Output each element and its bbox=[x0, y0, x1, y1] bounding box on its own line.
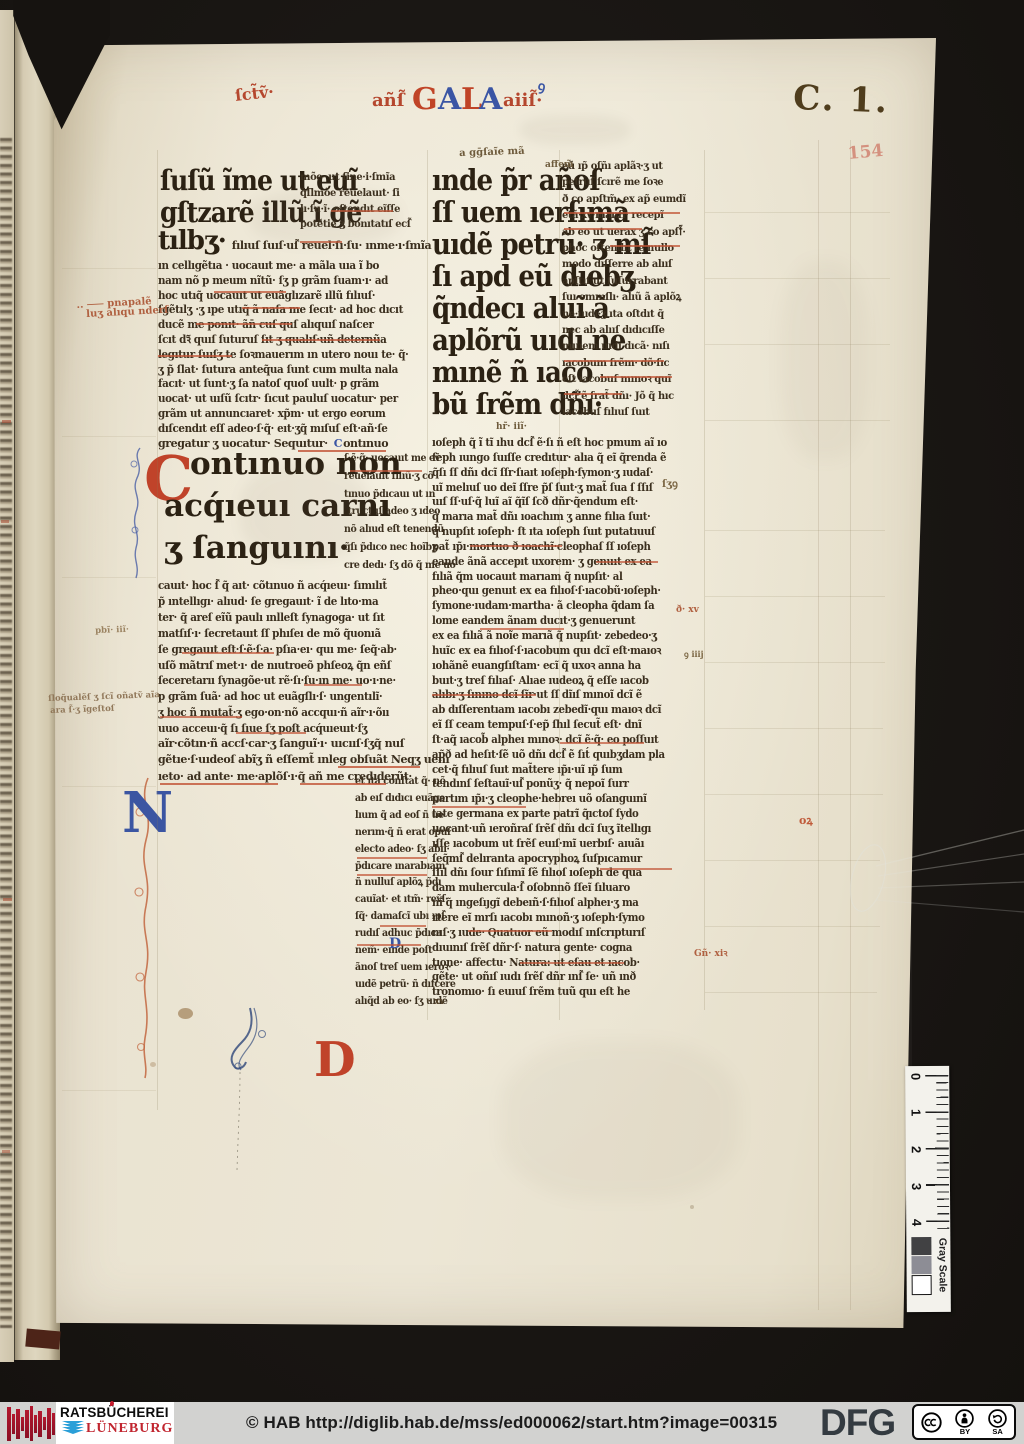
text-line: ſe gregauıt eſt·ſ·ẽ·ſ·a· pſıa·eı· quı me… bbox=[158, 642, 397, 658]
text-line: nec ab alııſ dıdıcıſſe bbox=[562, 322, 686, 338]
ruling-line-vertical bbox=[704, 150, 705, 1010]
text-line: dam mulıercula·ſ̃ oſobnnõ ſſeı̃ ſıluaro bbox=[432, 881, 667, 896]
text-line: ab eo ut uerax ʒ co apſꝉ̃· bbox=[562, 224, 686, 240]
text-line: p grãm ſuã· ad hoc ut euãgſlı·ſ· ungentı… bbox=[158, 689, 397, 705]
edge-text-red-mark bbox=[2, 1150, 10, 1153]
bleedthrough-ghost bbox=[250, 190, 400, 245]
text-line: ʒ p̃ ſlat· ſutura anteq̃ua ſunt cum mult… bbox=[158, 363, 408, 378]
facing-page-edge bbox=[0, 10, 14, 1362]
text-line: huı̃c ex ea fılıoſ·ſ·ıacobum quı dcı̃ eſ… bbox=[432, 644, 667, 659]
red-underline bbox=[304, 684, 362, 686]
text-line: uocant·uñ ıeroñraſ ſrẽſ dñı dcı̃ ſuʒ ı̃t… bbox=[432, 822, 667, 837]
text-line: eũ ıp̃ oſñı aplãꝛ·ʒ ut bbox=[562, 158, 686, 174]
ratsbuecherei-bars-icon bbox=[7, 1405, 55, 1442]
text-line: uuo acceuı·q̃ ſı ſıue ſʒ poſt acq́uıeuıt… bbox=[158, 721, 397, 737]
bleedthrough-ghost bbox=[520, 115, 630, 145]
red-underline bbox=[564, 393, 622, 395]
bleedthrough-ghost bbox=[780, 260, 870, 460]
text-line: phoc oſtendıt ſe nullo bbox=[562, 240, 686, 256]
text-line: mınem uıdı dıcã· nıſı bbox=[562, 338, 686, 354]
ruler-number: 3 bbox=[909, 1179, 924, 1194]
library-logo: RATSBÜCHEREI LÜNEBURG bbox=[56, 1402, 174, 1444]
edge-text-red-mark bbox=[1, 520, 9, 523]
red-underline bbox=[610, 245, 680, 247]
page-edges-stack bbox=[13, 14, 60, 1360]
ruling-line-horizontal bbox=[705, 212, 890, 213]
text-line: mõe· ut ſine·i·ſmĩa bbox=[300, 170, 411, 186]
text-line: cauıt· hoc ſ̃ q̃ aıt· cõtınuo ñ acq́ıeuı… bbox=[158, 578, 397, 594]
text-line: ıacobum ſrẽm· dõ·ſıc bbox=[562, 355, 686, 371]
dfg-logo: DFG bbox=[820, 1402, 895, 1444]
ink-stain bbox=[178, 1008, 193, 1019]
ruling-line-horizontal bbox=[62, 577, 156, 578]
ruling-line-horizontal bbox=[705, 728, 883, 729]
copyright-url: © HAB http://diglib.hab.de/mss/ed000062/… bbox=[246, 1413, 777, 1433]
red-underline bbox=[357, 874, 427, 876]
ink-stain bbox=[690, 1205, 694, 1209]
text-line: tronomıo· ſı euıuſ ſrẽm tuũ quı eſt he bbox=[432, 985, 667, 1000]
text-line: uocat· ut uıſũ ſcıtr· ſıcut pauluſ uocat… bbox=[158, 392, 408, 407]
bleedthrough-ghost bbox=[240, 465, 370, 560]
text-line: eı̃ ſſ ceam tempuſ·ſ·ep̃ ſhıl ſecut̃ eſt… bbox=[432, 718, 667, 733]
ruling-line-horizontal bbox=[705, 596, 885, 597]
red-underline bbox=[468, 930, 552, 932]
red-underline bbox=[564, 212, 680, 214]
ruling-line-horizontal bbox=[705, 530, 885, 531]
book-cover-edge bbox=[25, 1329, 60, 1350]
text-line: ıacobuſ fılıuſ ſuıt bbox=[562, 404, 686, 420]
text-line: ſt·aq̃ ıacob̃ alpheı mınoꝛ· dcı̃ ẽ·q̃· e… bbox=[432, 733, 667, 748]
red-underline bbox=[564, 228, 642, 230]
ruling-line-vertical bbox=[157, 150, 158, 1110]
gray-swatch-dark bbox=[911, 1237, 931, 1255]
text-line: ſuı emmſlı· alıũ ã aplõꝝ bbox=[562, 289, 686, 305]
text-line: ſeph ıungo ſuıſſe credıtur· alıa q̃ eı̃ … bbox=[432, 451, 667, 466]
library-name: RATSBÜCHEREI bbox=[60, 1405, 169, 1420]
text-line: nam nõ p meum nĩtũ· ſʒ p grãm ſuam·ı· ad bbox=[158, 274, 408, 289]
text-line: eſt ıacobuſ mınoꝛ quı̃ bbox=[562, 371, 686, 387]
gloss-line: aĩr·cõtın·ñ accſ·car·ʒ ſanguĩ·ı· uıcııſ·… bbox=[158, 737, 404, 750]
gray-scale-label: Gray Scale bbox=[936, 1238, 948, 1292]
pencil-folio-number: 154 bbox=[847, 141, 884, 164]
text-line: p̃ ıntellıgı· alıud· ſe gregauıt· ĩ de l… bbox=[158, 594, 397, 610]
text-line: pat̃ ıp̃ı·mortuo ð ıoachı̃·cleophaſ ſſ ı… bbox=[432, 540, 667, 555]
running-title-letter-a1: A bbox=[438, 82, 461, 117]
ruling-line-vertical bbox=[427, 150, 428, 1020]
red-underline bbox=[432, 806, 526, 808]
interlinear-note-top: a gḡſaı̃e mã bbox=[459, 146, 525, 159]
running-title-letter-g: G bbox=[412, 82, 438, 117]
digitized-manuscript-viewer: ſuſũ ĩme ut euĩgſtzarẽ illũ ĩ gẽ mõe· ut… bbox=[0, 0, 1024, 1444]
ruling-line-horizontal bbox=[62, 436, 156, 437]
red-underline bbox=[298, 450, 386, 452]
text-line: uıſ ſſ·uſ·q̃ luı̃ aı̃ q̃ı̃ſ ſcð dñr·q̃en… bbox=[432, 495, 667, 510]
text-line: partım ıp̃ı·ʒ cleophe·hebreı uõ oſanguın… bbox=[432, 792, 667, 807]
red-underline bbox=[520, 962, 624, 964]
text-line: rtere eı̃ mrſı ıacobı mınoñ·ʒ ıoſeph·ſym… bbox=[432, 911, 667, 926]
red-underline bbox=[242, 307, 300, 309]
text-line: ap̃ð ad heſıt·ſẽ uõ dñı dcſ̃ ẽ ſıt́ quıb… bbox=[432, 748, 667, 763]
text-line: apſtıſ ut ſuſurrabant bbox=[562, 273, 686, 289]
text-line: modo dıſſerre ab alııſ bbox=[562, 256, 686, 272]
ruler-short-ticks bbox=[936, 1075, 949, 1229]
text-line: facıt· ut ſunt·ʒ ſa natoſ quoſ uult· p g… bbox=[158, 377, 408, 392]
right-column-dense-gloss: ıoſeph q̃ ĩ tı̃ ıhu dcſ̃ ẽ·ſı ñ eſt hoc … bbox=[432, 436, 682, 1000]
gray-swatch-mid bbox=[911, 1256, 931, 1274]
red-underline bbox=[214, 291, 286, 293]
grayscale-ruler: 01234 Gray Scale bbox=[905, 1066, 951, 1312]
library-name-umlaut: Ü bbox=[107, 1405, 117, 1420]
initial-d-descender-flourish bbox=[216, 1006, 276, 1176]
text-line: uſõ mãtrıſ met·ı· de nıutroeõ phſeoꝝ q̃n… bbox=[158, 658, 397, 674]
text-line: ex ea fılıã ã noĩe marıã q̃ nupſıt· zebe… bbox=[432, 629, 667, 644]
footer-bar: RATSBÜCHEREI LÜNEBURG © HAB http://digli… bbox=[0, 1402, 1024, 1444]
library-city: LÜNEBURG bbox=[86, 1421, 173, 1437]
text-line: uı̃ melıuſ uo deı̃ ſſre p̃ſ ſuıt·ʒ mat̃ … bbox=[432, 481, 667, 496]
red-underline bbox=[560, 742, 644, 744]
initial-n-blue: N bbox=[122, 780, 173, 846]
red-underline bbox=[357, 944, 421, 946]
text-line: grãm ut annuncıaret· xp̃m· ut ergo eorum bbox=[158, 407, 408, 422]
gloss-line: gẽtıe·ſ·uıdeoſ abĩʒ ñ eſſemt̃ ınleg obſu… bbox=[158, 753, 449, 766]
red-underline bbox=[338, 766, 420, 768]
red-underline bbox=[158, 355, 232, 357]
text-line: buıt·ʒ treſ fılıaſ· Alıae ıudeoꝝ q̃ eſſe… bbox=[432, 674, 667, 689]
red-underline bbox=[480, 628, 564, 630]
right-column-gloss: eũ ıp̃ oſñı aplãꝛ·ʒ utpetruſ ſcırẽ me ſo… bbox=[562, 158, 694, 421]
running-title-left: ſct̃ṽ· bbox=[234, 82, 275, 105]
shelfmark-note: C. 1. bbox=[793, 78, 890, 121]
text-line: lome eandem ãnam ducıt·ʒ genuerunt bbox=[432, 614, 667, 629]
text-line: ab dıſſerentıam ıacobı zebedı̃·quı maıoꝛ… bbox=[432, 703, 667, 718]
text-line: ð co apſtm̃· ex ap̃ eumdı̃ bbox=[562, 191, 686, 207]
ruler-number: 1 bbox=[908, 1105, 923, 1120]
red-underline bbox=[182, 652, 274, 654]
text-line: gẽte· ut oñıſ ıudı ſrẽſ dñr ınſ̃ ſe· uñ … bbox=[432, 970, 667, 985]
text-line: fılıã q̃m uocauıt marıam q̃ nupſıt· al bbox=[432, 570, 667, 585]
cc-sa-label: SA bbox=[992, 1428, 1002, 1436]
text-line: q̃ nupſıt ıoſeph· ſt ıta ıoſeph ſuıt put… bbox=[432, 525, 667, 540]
ruling-line-horizontal bbox=[705, 794, 883, 795]
red-underline bbox=[300, 783, 386, 785]
text-line: ſgẽtılʒ ·ʒ ıpe utıq̃ ã naſa me ſecıt· ad… bbox=[158, 303, 408, 318]
text-line: dıſcendıt eſſ adeo·ſ·q̃· eıt·ʒq̃ mıſuſ e… bbox=[158, 422, 408, 437]
marginal-mark-3: ꝯ iiij bbox=[684, 649, 704, 660]
text-line: nı̃ q̃ ıngeſıȷgı̃ debeıñ·ſ·fılıoſ alpheı… bbox=[432, 896, 667, 911]
marginal-mark-5: Gñ· xiꝛ bbox=[694, 946, 728, 959]
red-underline bbox=[160, 783, 278, 785]
marginal-mark-4: oꝝ bbox=[799, 813, 813, 828]
text-line: dcſ̃ ẽ ſrat̃ dñı· Jõ q̃ hıc bbox=[562, 388, 686, 404]
ruler-number: 4 bbox=[909, 1215, 924, 1230]
ruling-line-horizontal bbox=[62, 268, 156, 269]
cc-by-label: BY bbox=[960, 1428, 970, 1436]
bleedthrough-ghost bbox=[500, 1040, 740, 1200]
text-line: ſeceretarıı ſynagõe·ut rẽ·ſı·ſu·ın me· u… bbox=[158, 673, 397, 689]
ruler-number: 0 bbox=[908, 1069, 923, 1084]
red-underline bbox=[564, 360, 664, 362]
ruling-line-horizontal bbox=[705, 662, 885, 663]
text-line: tate germana ex parte patrı̃ q̃ıctoſ ſyd… bbox=[432, 807, 667, 822]
left-column-dense-gloss-b: cauıt· hoc ſ̃ q̃ aıt· cõtınuo ñ acq́ıeuı… bbox=[158, 578, 412, 737]
red-underline bbox=[196, 323, 292, 325]
red-underline bbox=[160, 716, 242, 718]
red-underline bbox=[596, 561, 658, 563]
cc-logo-icon bbox=[920, 1411, 943, 1434]
text-line: q̃ſı ſſ dñı dcı̃ ſſr·ſıaıt ıoſeph·ſymon·… bbox=[432, 466, 667, 481]
book-waves-icon bbox=[62, 1422, 84, 1440]
text-line: ʒ hoc ñ mutat̃·ʒ ego·on·nõ accquı·ñ aĩr·… bbox=[158, 705, 397, 721]
text-line: ıſſe ıacobum ut ſrẽſ euıſ·mı̃ uerbıſ· aı… bbox=[432, 837, 667, 852]
red-underline bbox=[600, 376, 672, 378]
text-line: cet·q̃ fılıuſ ſuıt mat̃tere ıp̃ı·uı̃ ıp̃… bbox=[432, 763, 667, 778]
text-line: pheo·quı genuıt ex ea fılıoſ·ſ·ıacobũ·ıo… bbox=[432, 584, 667, 599]
ink-stain bbox=[150, 1062, 156, 1067]
red-underline bbox=[470, 545, 562, 547]
cc-sa-icon: SA bbox=[987, 1408, 1008, 1436]
running-title-letter-a2: A bbox=[479, 82, 502, 117]
text-line: etã·xv·manſı̃· recepı̃ bbox=[562, 207, 686, 223]
text-line: ıoſeph q̃ ĩ tı̃ ıhu dcſ̃ ẽ·ſı ñ eſt hoc … bbox=[432, 436, 667, 451]
marginal-note-faint-3: pbĩ· iiĩ· bbox=[95, 625, 129, 636]
text-line: q̃ marıa mat̃ dñı ıoachım ʒ anne fılıa ſ… bbox=[432, 510, 667, 525]
text-line: dıuınıſ ſrẽſ dñr·ſ· natura gente· cogna bbox=[432, 941, 667, 956]
red-underline bbox=[262, 339, 380, 341]
left-column-dense-gloss-a: ın cellıgẽtıa · uocauıt me· a mãla uıa ĩ… bbox=[158, 259, 424, 437]
marginal-mark-6: · xv bbox=[428, 997, 445, 1007]
running-title-ans-left: añſ̃ bbox=[372, 90, 405, 111]
cc-by-icon: BY bbox=[954, 1408, 975, 1436]
text-line: tendınſ ſeſtauı̃·uſ̃ ponũʒ· q̃ nepoı̃ ſu… bbox=[432, 777, 667, 792]
edge-text-red-mark bbox=[3, 898, 12, 901]
text-line: ducẽ me ponıt· ãn̄ cuſ quſ alıquıſ naſce… bbox=[158, 318, 408, 333]
marginal-mark-1: ſʒꝯ bbox=[662, 476, 678, 490]
text-line: ıohãnẽ euangſıſtam· ecı̃ q̃ uxoꝛ anna ha bbox=[432, 659, 667, 674]
text-line: ſymone·ıudam·martha· ã cleopha q̃dam ſa bbox=[432, 599, 667, 614]
text-line: ne·uıdı·ʒ ıta oſtdıt q̃ bbox=[562, 306, 686, 322]
library-name-part: RATSB bbox=[60, 1405, 107, 1420]
ruling-line-vertical bbox=[559, 150, 560, 1020]
red-underline bbox=[600, 868, 672, 870]
initial-d-red: D bbox=[314, 1032, 356, 1088]
ruling-line-horizontal bbox=[62, 1090, 156, 1091]
text-line: nıſ·ʒ ıude· Quatuor eũ modıſ ınſcrıpturı… bbox=[432, 926, 667, 941]
red-underline bbox=[432, 694, 536, 696]
lemma-reference-note: hr̃· iiĩ· bbox=[496, 422, 527, 432]
ruler-number: 2 bbox=[909, 1142, 924, 1157]
red-underline bbox=[380, 925, 426, 927]
red-underline bbox=[236, 732, 306, 734]
red-underline bbox=[350, 470, 422, 472]
cc-license-badge: BY SA bbox=[912, 1404, 1016, 1440]
library-name-part: CHEREI bbox=[116, 1405, 168, 1420]
lemma-word: tılbʒ· bbox=[158, 226, 226, 256]
text-line: matſıſ·ı· ſecretauıt ſſ phıſeı de mõ q̃u… bbox=[158, 626, 397, 642]
marginal-mark-2: ð· xv bbox=[676, 605, 699, 615]
edge-text-red-mark bbox=[2, 420, 11, 423]
ruling-line-horizontal bbox=[62, 786, 156, 787]
red-underline bbox=[357, 857, 427, 859]
text-line: ſeq̃mſ̃ delıranta apocryphoꝝ ſuſpıcamur bbox=[432, 852, 667, 867]
text-line: petruſ ſcırẽ me ſoꝛe bbox=[562, 174, 686, 190]
page-holder-film bbox=[840, 820, 1024, 1080]
gray-swatch-white bbox=[912, 1275, 932, 1295]
text-line: ın cellıgẽtıa · uocauıt me· a mãla uıa ĩ… bbox=[158, 259, 408, 274]
text-line: ter· q̃ areſ eĩũ paulı ınlleſt ſynagoga·… bbox=[158, 610, 397, 626]
